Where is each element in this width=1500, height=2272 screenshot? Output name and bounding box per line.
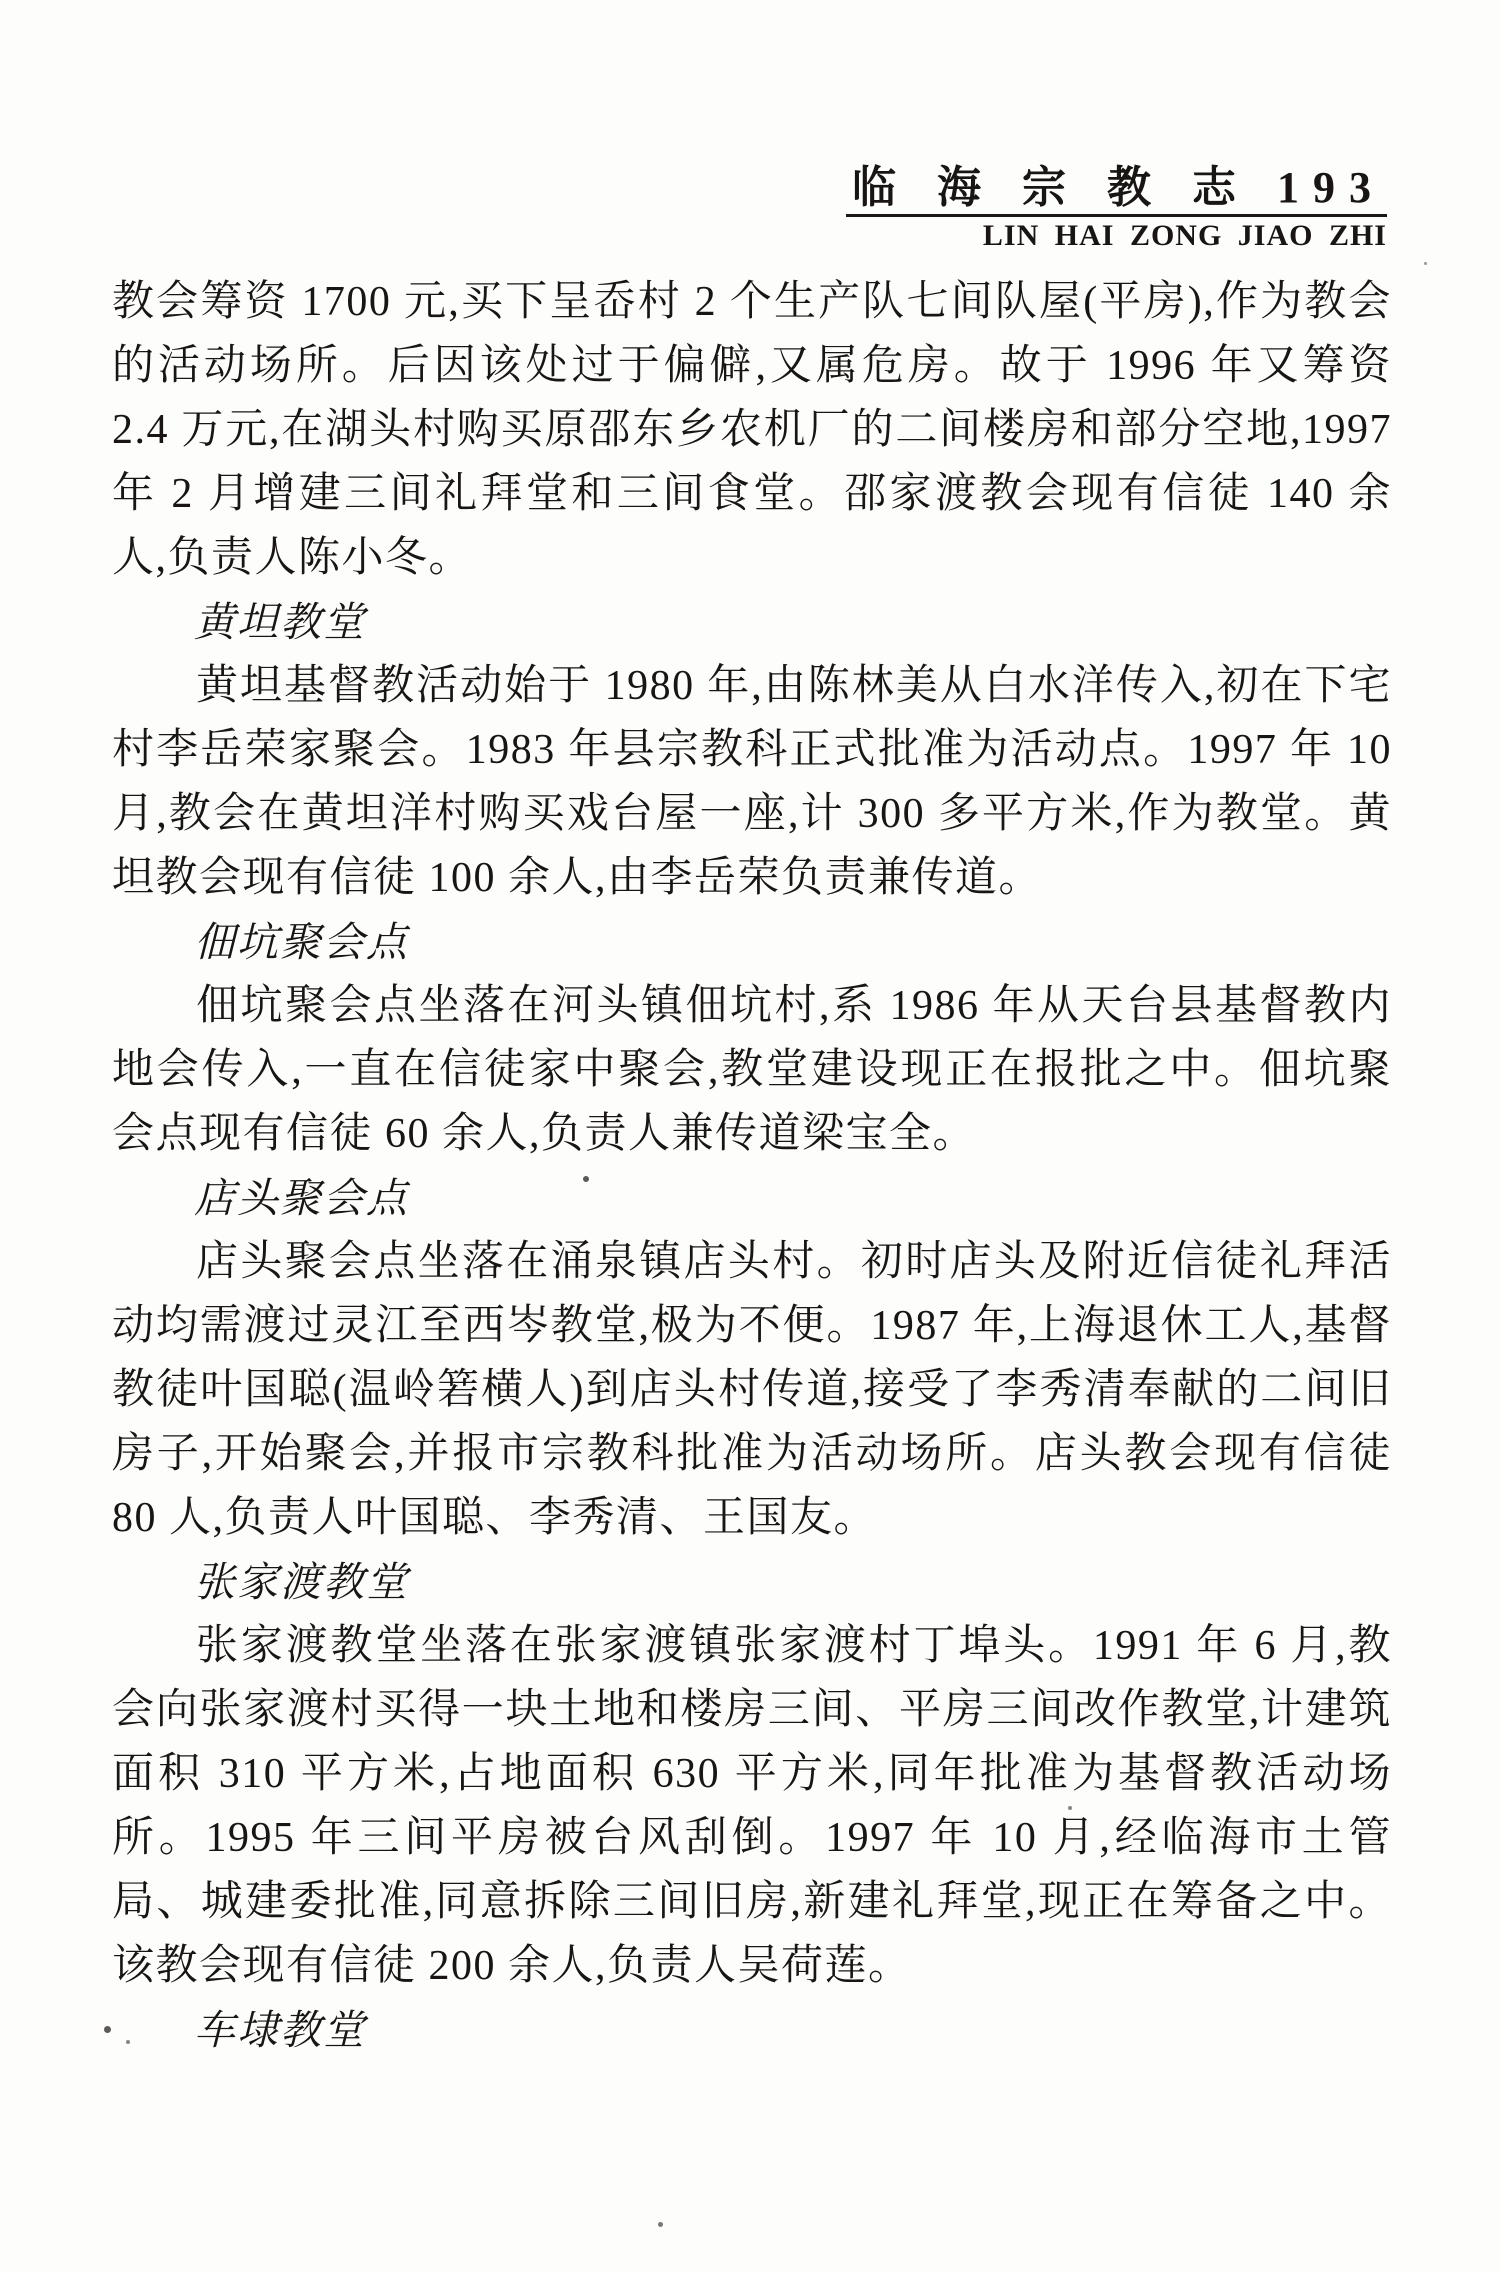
scanned-book-page: 临 海 宗 教 志 193 LIN HAI ZONG JIAO ZHI 教会筹资… bbox=[0, 0, 1500, 2272]
heading-diantou-meeting-point: 店头聚会点 bbox=[112, 1166, 1392, 1230]
heading-huangtan-church: 黄坦教堂 bbox=[112, 590, 1392, 654]
running-head: 临 海 宗 教 志 193 LIN HAI ZONG JIAO ZHI bbox=[846, 166, 1387, 252]
paragraph-zhangjiadu-church: 张家渡教堂坐落在张家渡镇张家渡村丁埠头。1991 年 6 月,教会向张家渡村买得… bbox=[112, 1614, 1392, 1998]
scan-artifact-dot bbox=[658, 2222, 663, 2227]
paragraph-huangtan-church: 黄坦基督教活动始于 1980 年,由陈林美从白水洋传入,初在下宅村李岳荣家聚会。… bbox=[112, 654, 1392, 910]
paragraph-shaojiadu-continued: 教会筹资 1700 元,买下呈岙村 2 个生产队七间队屋(平房),作为教会的活动… bbox=[112, 270, 1392, 590]
heading-chedai-church: 车埭教堂 bbox=[112, 1998, 1392, 2062]
scan-artifact-dot bbox=[1068, 1806, 1072, 1810]
scan-artifact-dot bbox=[1424, 262, 1427, 265]
scan-artifact-dot bbox=[126, 2040, 130, 2044]
page-title-pinyin: LIN HAI ZONG JIAO ZHI bbox=[846, 220, 1387, 252]
heading-diankeng-meeting-point: 佃坑聚会点 bbox=[112, 910, 1392, 974]
page-body: 教会筹资 1700 元,买下呈岙村 2 个生产队七间队屋(平房),作为教会的活动… bbox=[112, 270, 1392, 2062]
paragraph-diantou-meeting-point: 店头聚会点坐落在涌泉镇店头村。初时店头及附近信徒礼拜活动均需渡过灵江至西岑教堂,… bbox=[112, 1230, 1392, 1550]
scan-artifact-dot bbox=[104, 2026, 111, 2033]
page-title: 临 海 宗 教 志 193 bbox=[846, 166, 1387, 217]
heading-zhangjiadu-church: 张家渡教堂 bbox=[112, 1550, 1392, 1614]
scan-artifact-dot bbox=[583, 1176, 589, 1182]
paragraph-diankeng-meeting-point: 佃坑聚会点坐落在河头镇佃坑村,系 1986 年从天台县基督教内地会传入,一直在信… bbox=[112, 974, 1392, 1166]
